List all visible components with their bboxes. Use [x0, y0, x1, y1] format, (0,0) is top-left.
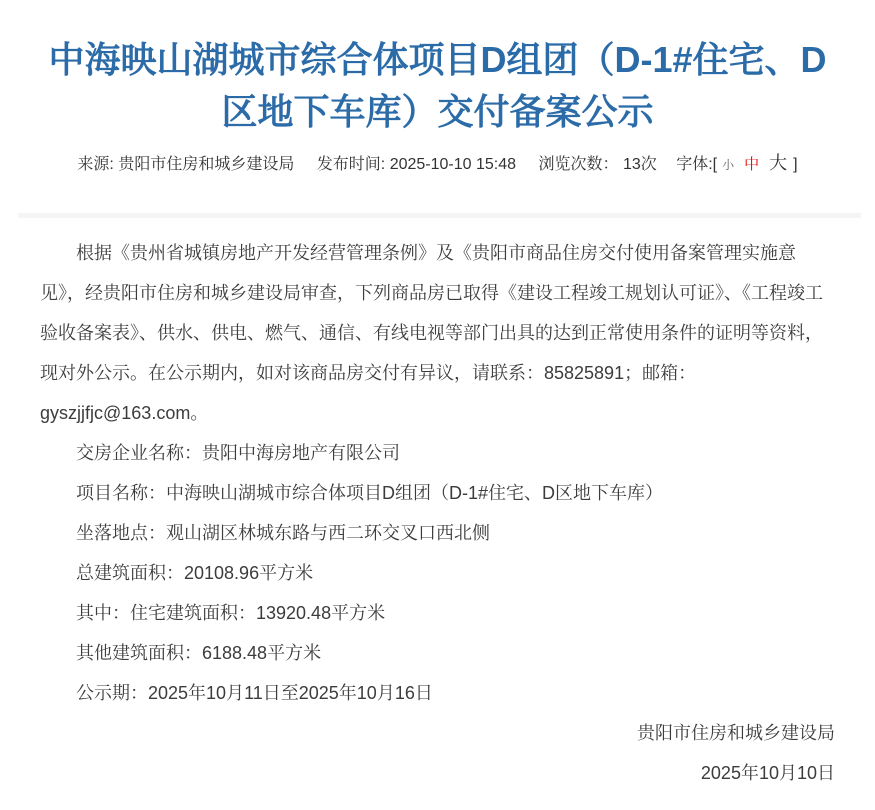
view-count-label: 浏览次数：	[538, 156, 618, 173]
announcement-page: 中海映山湖城市综合体项目D组团（D-1#住宅、D区地下车库）交付备案公示 来源:…	[0, 34, 875, 793]
detail-other-area: 其他建筑面积：6188.48平方米	[40, 633, 835, 673]
meta-view-count: 浏览次数： 13次	[538, 156, 661, 173]
detail-residential-area: 其中：住宅建筑面积：13920.48平方米	[40, 593, 835, 633]
article-body: 根据《贵州省城镇房地产开发经营管理条例》及《贵阳市商品住房交付使用备案管理实施意…	[0, 233, 875, 793]
detail-delivery-company: 交房企业名称：贵阳中海房地产有限公司	[40, 433, 835, 473]
publish-time-value: 2025-10-10 15:48	[390, 156, 516, 173]
font-size-large-button[interactable]: 大	[769, 153, 787, 173]
meta-source: 来源: 贵阳市住房和城乡建设局	[77, 156, 298, 173]
font-switch-open-bracket: 字体:[	[676, 156, 717, 173]
page-title: 中海映山湖城市综合体项目D组团（D-1#住宅、D区地下车库）交付备案公示	[32, 34, 844, 138]
detail-location: 坐落地点：观山湖区林城东路与西二环交叉口西北侧	[40, 513, 835, 553]
font-switch-close-bracket: ]	[793, 156, 797, 173]
font-size-small-button[interactable]: 小	[722, 158, 734, 172]
source-label: 来源:	[77, 156, 113, 173]
intro-paragraph: 根据《贵州省城镇房地产开发经营管理条例》及《贵阳市商品住房交付使用备案管理实施意…	[40, 233, 835, 433]
detail-total-area: 总建筑面积：20108.96平方米	[40, 553, 835, 593]
meta-publish-time: 发布时间: 2025-10-10 15:48	[317, 156, 521, 173]
view-count-value: 13次	[623, 156, 657, 173]
font-size-switcher: 字体:[小中大]	[676, 156, 797, 173]
detail-project-name: 项目名称：中海映山湖城市综合体项目D组团（D-1#住宅、D区地下车库）	[40, 473, 835, 513]
signature: 贵阳市住房和城乡建设局	[40, 713, 835, 753]
detail-publicity-period: 公示期：2025年10月11日至2025年10月16日	[40, 673, 835, 713]
source-value: 贵阳市住房和城乡建设局	[118, 156, 294, 173]
signature-date: 2025年10月10日	[40, 753, 835, 793]
publish-time-label: 发布时间:	[317, 156, 385, 173]
font-size-medium-button[interactable]: 中	[744, 156, 759, 173]
header-divider	[18, 213, 861, 218]
article-meta: 来源: 贵阳市住房和城乡建设局 发布时间: 2025-10-10 15:48 浏…	[0, 152, 875, 176]
